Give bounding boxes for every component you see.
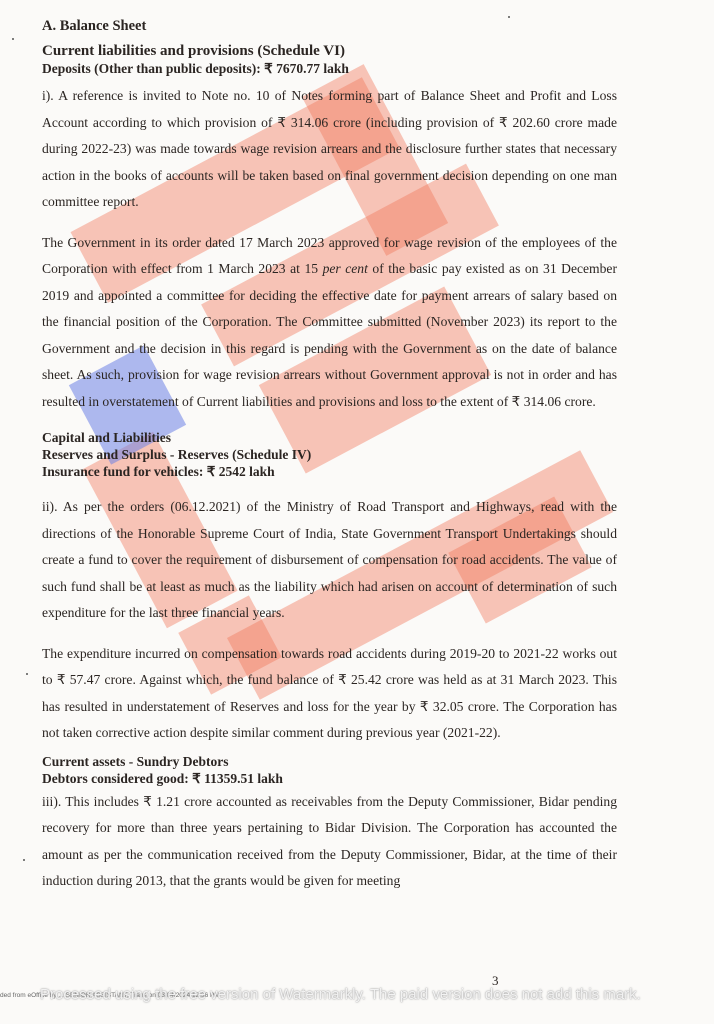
section-capital-liabilities: Capital and Liabilities Reserves and Sur…	[42, 429, 617, 747]
paragraph: The Government in its order dated 17 Mar…	[42, 230, 617, 416]
section-heading: Current liabilities and provisions (Sche…	[42, 43, 617, 60]
paragraph: iii). This includes ₹ 1.21 crore account…	[42, 789, 617, 895]
section-heading: Capital and Liabilities	[42, 429, 617, 446]
speck	[23, 859, 25, 861]
speck	[26, 673, 28, 675]
section-subheading: Debtors considered good: ₹ 11359.51 lakh	[42, 770, 617, 787]
section-current-liabilities: Current liabilities and provisions (Sche…	[42, 43, 617, 415]
section-heading: Current assets - Sundry Debtors	[42, 753, 617, 770]
section-subheading: Deposits (Other than public deposits): ₹…	[42, 60, 617, 77]
section-heading-2: Reserves and Surplus - Reserves (Schedul…	[42, 446, 617, 463]
paragraph: The expenditure incurred on compensation…	[42, 641, 617, 747]
watermark-text: Processed using the free version of Wate…	[40, 986, 641, 1003]
section-subheading: Insurance fund for vehicles: ₹ 2542 lakh	[42, 463, 617, 480]
section-sundry-debtors: Current assets - Sundry Debtors Debtors …	[42, 753, 617, 895]
paragraph: i). A reference is invited to Note no. 1…	[42, 83, 617, 216]
document-page: A. Balance Sheet Current liabilities and…	[0, 0, 714, 1024]
document-body: A. Balance Sheet Current liabilities and…	[42, 18, 617, 895]
section-title: A. Balance Sheet	[42, 18, 617, 35]
paragraph: ii). As per the orders (06.12.2021) of t…	[42, 494, 617, 627]
speck	[12, 38, 14, 40]
